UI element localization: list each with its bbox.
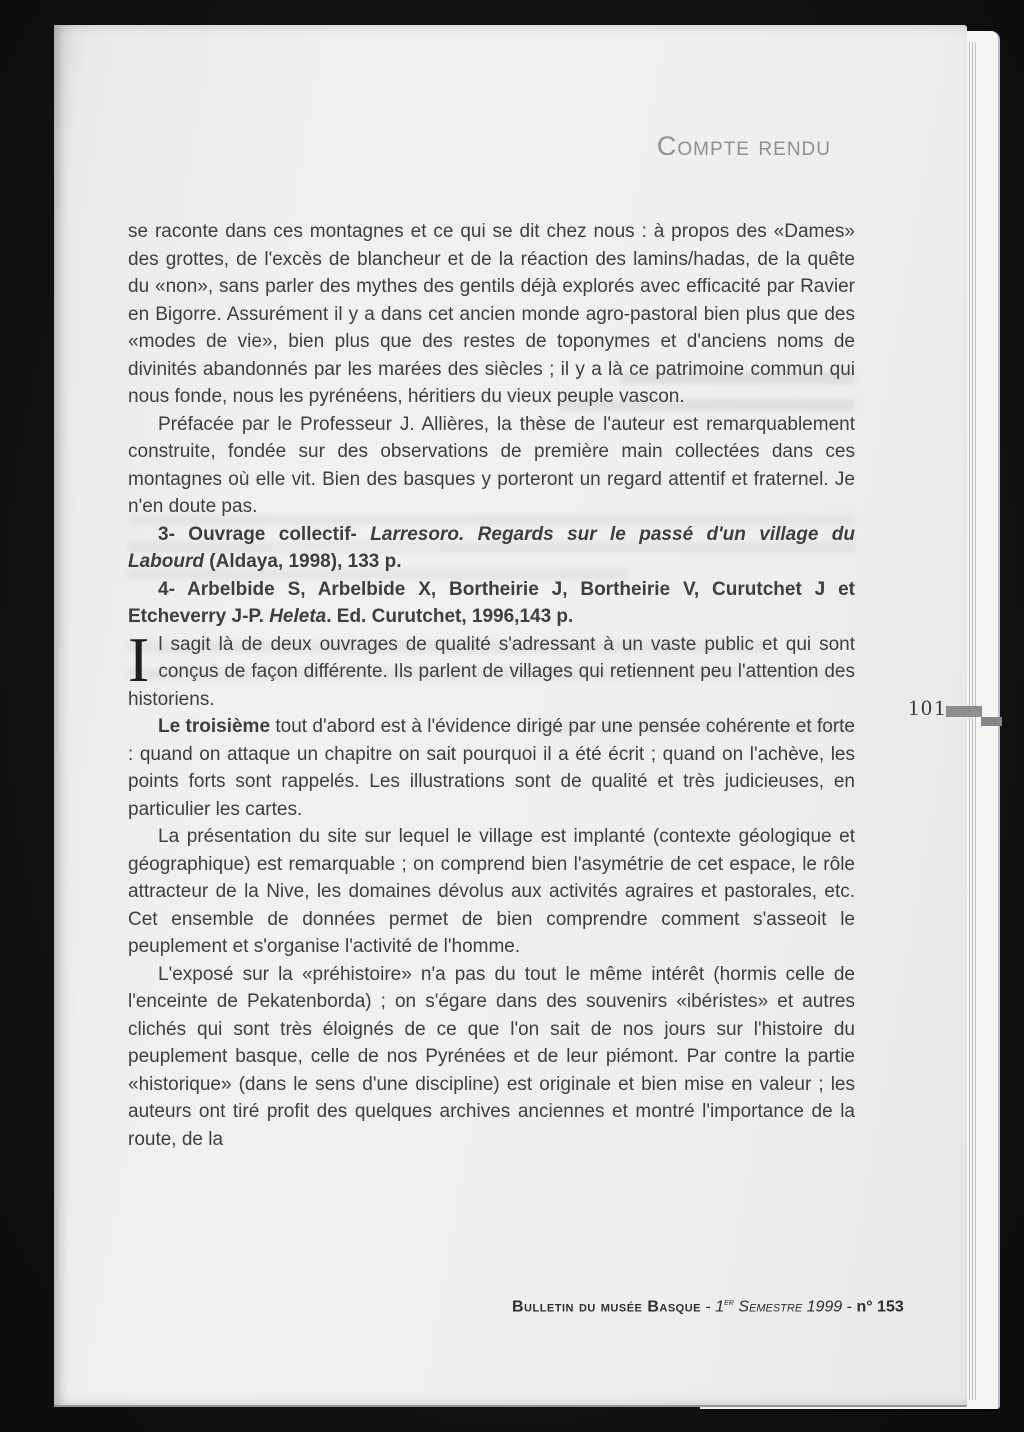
running-header: Compte rendu xyxy=(657,131,831,161)
review-item-4-heading: 4- Arbelbide S, Arbelbide X, Bortheirie … xyxy=(128,576,855,631)
scanner-background: Compte rendu se raconte dans ces montagn… xyxy=(0,0,1024,1432)
paragraph-expose-prehistoire: L'exposé sur la «préhistoire» n'a pas du… xyxy=(128,961,855,1154)
paragraph-review-continuation: se raconte dans ces montagnes et ce qui … xyxy=(128,218,855,411)
page-content: se raconte dans ces montagnes et ce qui … xyxy=(128,218,855,1153)
page-marker-bar xyxy=(946,706,982,717)
paragraph-preface: Préfacée par le Professeur J. Allières, … xyxy=(128,411,855,521)
page-marker-bar-offset xyxy=(981,717,1002,726)
drop-cap: I xyxy=(128,634,149,686)
page-stack-edges xyxy=(967,42,977,1400)
paragraph-presentation-site: La présentation du site sur lequel le vi… xyxy=(128,823,855,961)
facing-page-gutter xyxy=(0,30,54,1406)
paragraph-two-works: Il sagit là de deux ouvrages de qualité … xyxy=(128,631,855,714)
review-item-3-heading: 3- Ouvrage collectif- Larresoro. Regards… xyxy=(128,521,855,576)
page-number: 101 xyxy=(908,696,947,720)
footer-journal-line: Bulletin du musée Basque - 1er Semestre … xyxy=(512,1293,904,1317)
book-page: Compte rendu se raconte dans ces montagn… xyxy=(54,25,967,1407)
paragraph-two-works-text: l sagit là de deux ouvrages de qualité s… xyxy=(128,634,855,710)
paragraph-le-troisieme: Le troisième tout d'abord est à l'éviden… xyxy=(128,713,855,823)
